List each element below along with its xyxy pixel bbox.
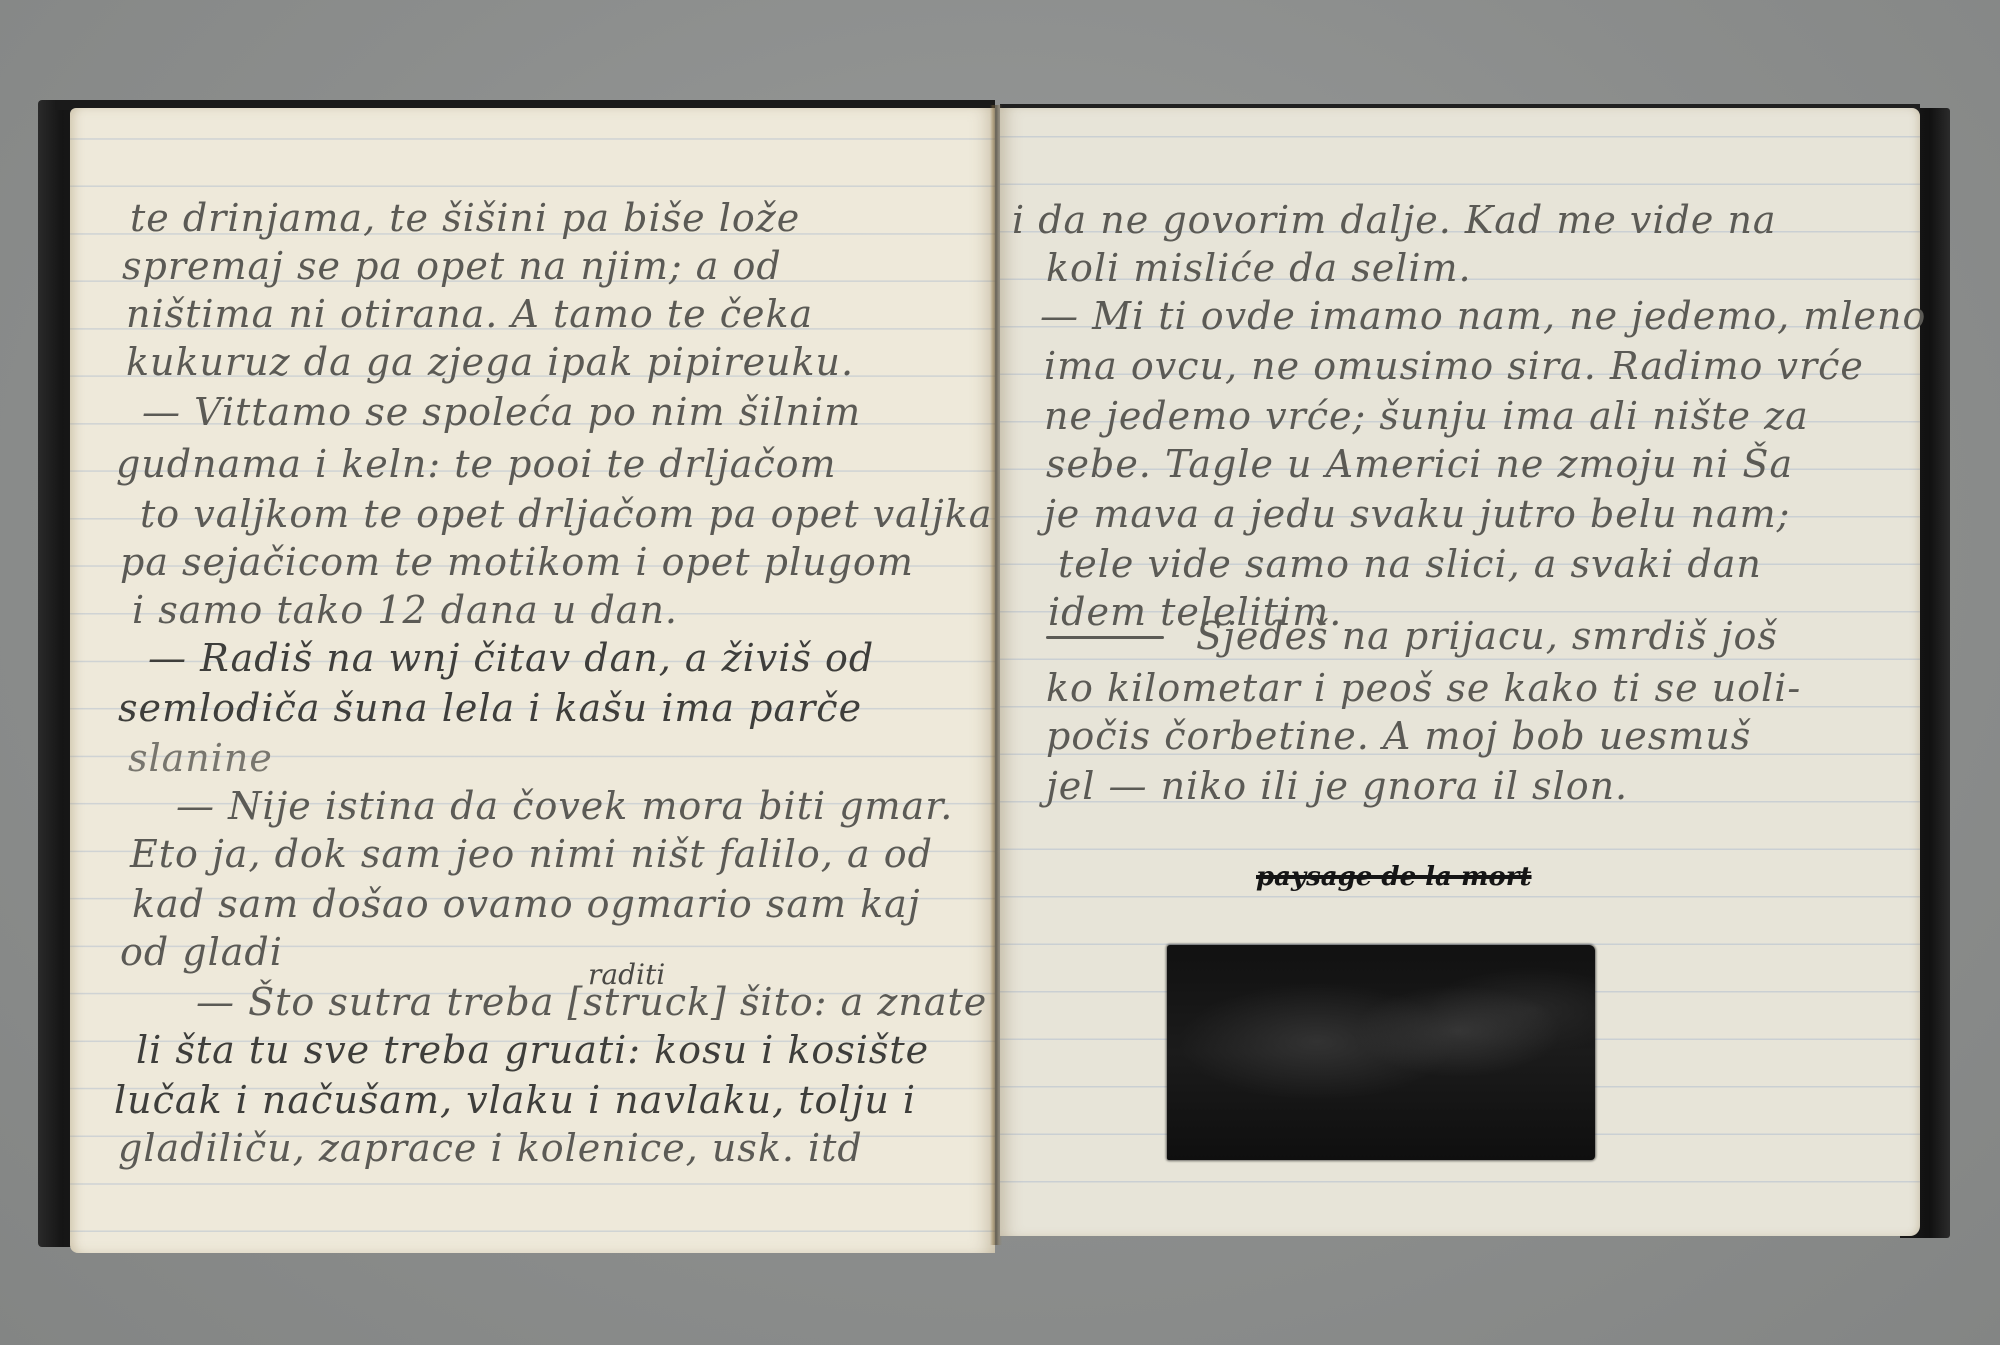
right-line-5: ne jedemo vrće; šunju ima ali nište za bbox=[1044, 392, 1809, 440]
left-line-5: — Vittamo se spoleća po nim šilnim bbox=[142, 388, 861, 436]
left-line-11: semlodiča šuna lela i kašu ima parče bbox=[118, 684, 862, 732]
left-line-19: lučak i načušam, vlaku i navlaku, tolju … bbox=[114, 1076, 916, 1124]
right-line-12: počis čorbetine. A moj bob uesmuš bbox=[1046, 712, 1751, 760]
left-line-18: li šta tu sve treba gruati: kosu i kosiš… bbox=[136, 1026, 929, 1074]
left-line-4: kukuruz da ga zjega ipak pipireuku. bbox=[126, 338, 854, 386]
right-line-1: i da ne govorim dalje. Kad me vide na bbox=[1012, 196, 1777, 244]
left-line-15: kad sam došao ovamo ogmario sam kaj bbox=[132, 880, 921, 928]
struck-caption: paysage de la mort bbox=[1256, 862, 1532, 892]
left-line-9: i samo tako 12 dana u dan. bbox=[132, 586, 678, 634]
right-line-6: sebe. Tagle u Americi ne zmoju ni Ša bbox=[1046, 440, 1793, 488]
left-line-12: slanine bbox=[128, 734, 273, 782]
left-line-8: pa sejačicom te motikom i opet plugom bbox=[120, 538, 914, 586]
dash-rule bbox=[1046, 636, 1164, 639]
left-line-2: spremaj se pa opet na njim; a od bbox=[122, 242, 782, 290]
left-line-3: ništima ni otirana. A tamo te čeka bbox=[126, 290, 813, 338]
right-line-11: ko kilometar i peoš se kako ti se uoli- bbox=[1046, 664, 1801, 712]
left-line-20: gladiliču, zaprace i kolenice, usk. itd bbox=[118, 1124, 863, 1172]
right-line-2: koli misliće da selim. bbox=[1046, 244, 1472, 292]
left-line-6: gudnama i keln: te pooi te drljačom bbox=[116, 440, 837, 488]
right-line-7: je mava a jedu svaku jutro belu nam; bbox=[1044, 490, 1790, 538]
right-line-3: — Mi ti ovde imamo nam, ne jedemo, mleno bbox=[1040, 292, 1926, 340]
right-line-8: tele vide samo na slici, a svaki dan bbox=[1058, 540, 1762, 588]
right-line-4: ima ovcu, ne omusimo sira. Radimo vrće bbox=[1044, 342, 1864, 390]
left-line-7: to valjkom te opet drljačom pa opet valj… bbox=[140, 490, 992, 538]
left-line-16: od gladi bbox=[120, 928, 283, 976]
left-line-14: Eto ja, dok sam jeo nimi ništ falilo, a … bbox=[130, 830, 933, 878]
black-ink-rectangle bbox=[1167, 945, 1595, 1160]
right-line-10: Sjedeš na prijacu, smrdiš još bbox=[1196, 612, 1778, 660]
left-line-13: — Nije istina da čovek mora biti gmar. bbox=[176, 782, 953, 830]
left-line-10: — Radiš na wnj čitav dan, a živiš od bbox=[148, 634, 874, 682]
left-line-17: — Što sutra treba [struck] šito: a znate bbox=[196, 978, 987, 1026]
right-line-13: jel — niko ili je gnora il slon. bbox=[1046, 762, 1628, 810]
left-line-1: te drinjama, te šišini pa biše lože bbox=[130, 194, 800, 242]
